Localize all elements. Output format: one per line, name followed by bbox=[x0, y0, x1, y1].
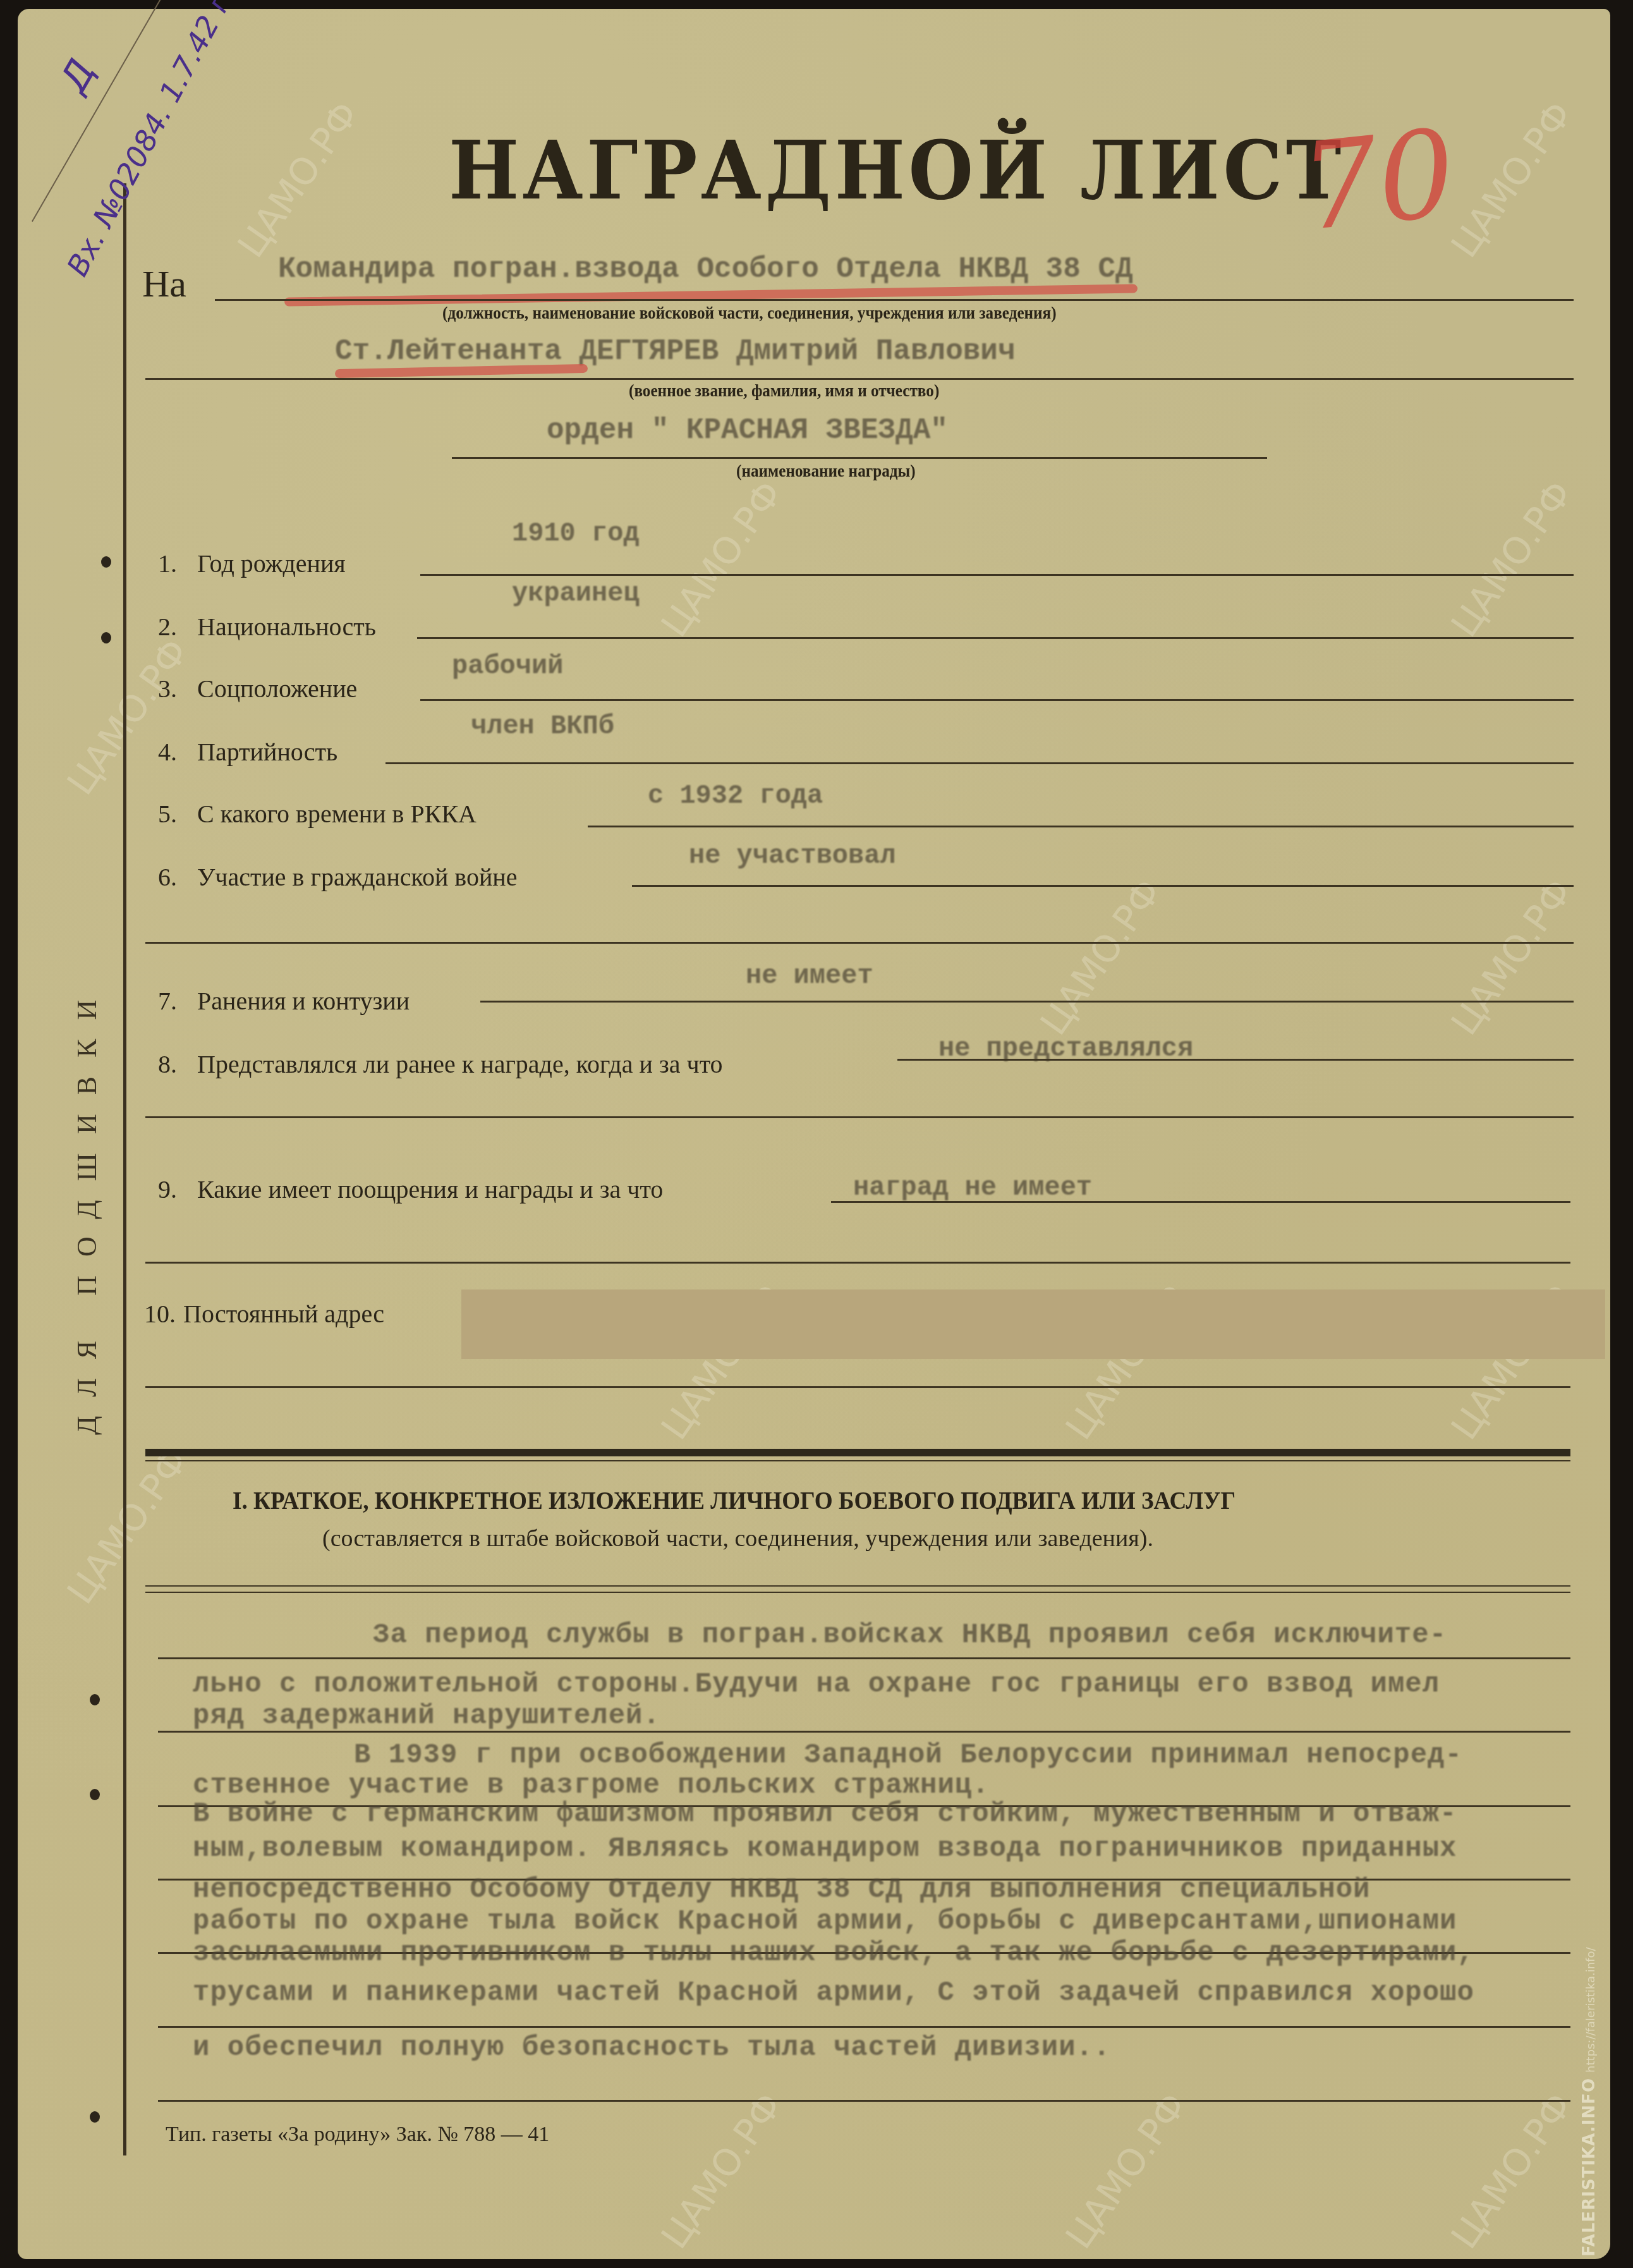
field-value-party: член ВКПб bbox=[471, 711, 614, 741]
position-value: Командира погран.взвода Особого Отдела Н… bbox=[278, 253, 1133, 286]
narrative-line: За период службы в погран.войсках НКВД п… bbox=[373, 1619, 1447, 1651]
punch-hole bbox=[90, 2111, 100, 2123]
rule bbox=[145, 1262, 1570, 1264]
field-label-nationality: 2.Национальность bbox=[158, 612, 376, 642]
redacted-address bbox=[461, 1289, 1605, 1359]
rule bbox=[145, 1585, 1570, 1587]
field-value-awards-held: наград не имеет bbox=[853, 1173, 1092, 1203]
section-divider bbox=[145, 1460, 1570, 1461]
narrative-line: льно с положительной стороны.Будучи на о… bbox=[193, 1669, 1440, 1700]
to-prefix: На bbox=[142, 262, 186, 306]
rule bbox=[480, 1001, 1574, 1003]
rule bbox=[420, 699, 1574, 701]
site-watermark: FALERISTIKA.INFOhttps://faleristika.info… bbox=[1580, 1948, 1599, 2257]
narrative-line: ряд задержаний нарушителей. bbox=[193, 1700, 660, 1732]
narrative-line: засылаемыми противником в тылы наших вой… bbox=[193, 1937, 1474, 1969]
red-pencil-number: 70 bbox=[1295, 103, 1462, 258]
rule bbox=[145, 1116, 1574, 1118]
punch-hole bbox=[90, 1789, 100, 1800]
field-label-party: 4.Партийность bbox=[158, 737, 337, 767]
punch-hole bbox=[101, 632, 111, 643]
field-label-address: 10.Постоянный адрес bbox=[144, 1299, 384, 1329]
field-value-wounds: не имеет bbox=[746, 961, 873, 991]
rule bbox=[420, 574, 1574, 576]
field-label-social-status: 3.Соцположение bbox=[158, 674, 357, 704]
rule bbox=[588, 826, 1574, 827]
rule bbox=[145, 942, 1574, 944]
narrative-line: трусами и паникерами частей Красной арми… bbox=[193, 1977, 1474, 2009]
document-title: НАГРАДНОЙ ЛИСТ bbox=[449, 123, 1345, 218]
field-label-previous-nominations: 8.Представлялся ли ранее к награде, когд… bbox=[158, 1049, 723, 1079]
field-value-nationality: украинец bbox=[512, 578, 640, 609]
field-label-civil-war: 6.Участие в гражданской войне bbox=[158, 862, 518, 892]
punch-hole bbox=[101, 556, 111, 568]
rule bbox=[897, 1059, 1574, 1061]
position-caption: (должность, наименование войсковой части… bbox=[442, 303, 1057, 324]
binding-margin-line bbox=[123, 183, 126, 2155]
field-label-awards-held: 9.Какие имеет поощрения и награды и за ч… bbox=[158, 1174, 663, 1204]
award-value: орден " КРАСНАЯ ЗВЕЗДА" bbox=[547, 414, 948, 447]
rule bbox=[385, 762, 1574, 764]
field-value-civil-war: не участвовал bbox=[689, 841, 896, 871]
rule bbox=[632, 885, 1574, 887]
narrative-line: ственное участие в разгроме польских стр… bbox=[193, 1770, 990, 1802]
rule bbox=[417, 637, 1574, 639]
narrative-line: В 1939 г при освобождении Западной Белор… bbox=[354, 1740, 1462, 1771]
narrative-line: В войне с германским фашизмом проявил се… bbox=[193, 1798, 1457, 1830]
rule bbox=[452, 457, 1267, 459]
narrative-line: непосредственно Особому Отделу НКВД 38 С… bbox=[193, 1874, 1371, 1906]
rule bbox=[145, 1386, 1570, 1388]
section-divider bbox=[145, 1449, 1570, 1456]
rule bbox=[145, 378, 1574, 380]
narrative-line: ным,волевым командиром. Являясь командир… bbox=[193, 1833, 1457, 1865]
rule bbox=[158, 1657, 1570, 1659]
field-label-birth-year: 1.Год рождения bbox=[158, 549, 346, 578]
field-value-social-status: рабочий bbox=[452, 651, 563, 681]
section-heading: I. КРАТКОЕ, КОНКРЕТНОЕ ИЗЛОЖЕНИЕ ЛИЧНОГО… bbox=[233, 1485, 1235, 1515]
field-value-birth-year: 1910 год bbox=[512, 518, 640, 549]
printer-imprint: Тип. газеты «За родину» Зак. № 788 — 41 bbox=[166, 2123, 549, 2147]
rule bbox=[145, 1592, 1570, 1593]
rule bbox=[831, 1201, 1570, 1203]
section-subheading: (составляется в штабе войсковой части, с… bbox=[322, 1525, 1153, 1552]
narrative-line: работы по охране тыла войск Красной арми… bbox=[193, 1906, 1457, 1937]
narrative-line: и обеспечил полную безопасность тыла час… bbox=[193, 2032, 1110, 2064]
award-caption: (наименование награды) bbox=[736, 461, 916, 482]
rule bbox=[158, 2026, 1570, 2028]
field-label-rkka-since: 5.С какого времени в РККА bbox=[158, 799, 477, 829]
rule bbox=[215, 299, 1574, 301]
field-value-rkka-since: с 1932 года bbox=[648, 781, 823, 811]
punch-hole bbox=[90, 1694, 100, 1705]
rank-name-caption: (военное звание, фамилия, имя и отчество… bbox=[629, 381, 939, 401]
rule bbox=[158, 1731, 1570, 1733]
rank-name-value: Ст.Лейтенанта ДЕГТЯРЕВ Дмитрий Павлович bbox=[335, 335, 1016, 368]
rule bbox=[158, 2100, 1570, 2102]
field-label-wounds: 7.Ранения и контузии bbox=[158, 986, 410, 1016]
